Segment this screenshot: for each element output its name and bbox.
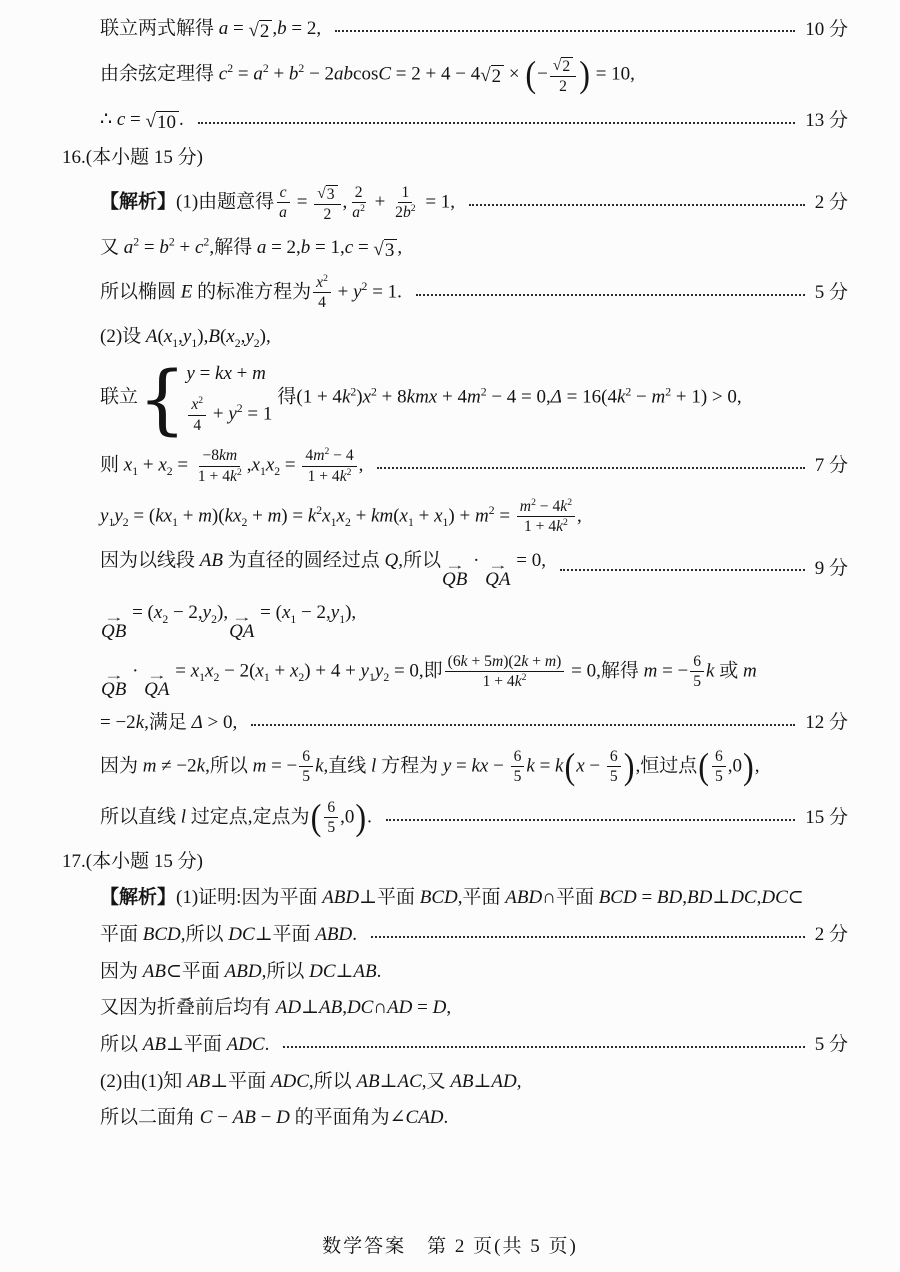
text-run: 又 [100,237,124,258]
denominator: 5 [299,767,313,786]
math-variable: D [276,1107,290,1128]
numerator: 2 [352,183,366,203]
text-run: − [585,755,605,776]
math-variable: ab [334,63,353,84]
text-run: = 0, [511,550,545,571]
math-variable: m [467,386,481,407]
vector-arrow-icon: → [103,671,123,680]
math-variable: k [526,755,534,776]
math-variable: BD [657,887,682,908]
text-run: ) + 4 + [304,660,360,681]
text-run: − 2, [296,602,330,623]
answer-line: 联立{y = kx + mx24 + y2 = 1得(1 + 4k2)x2 + … [0,361,900,436]
math-variable: BCD [599,887,637,908]
math-variable: A [146,326,158,347]
denominator: 5 [324,818,338,837]
numerator: (6k + 5m)(2k + m) [445,652,565,672]
vector-name: QA [144,680,169,699]
numerator: 6 [690,652,704,672]
fraction: (6k + 5m)(2k + m)1 + 4k2 [445,652,565,692]
score-label: 13 分 [805,108,848,134]
left-paren: ( [311,802,322,834]
numerator: x2 [188,395,206,415]
math-variable: AD [276,997,301,1018]
math-variable: E [181,281,193,302]
answer-line: 所以 AB⊥平面 ADC.5 分 [0,1032,900,1058]
math-variable: y [114,505,122,526]
radicand: 3 [326,185,338,204]
line-content: 又因为折叠前后均有 AD⊥AB,DC∩AD = D, [100,995,451,1021]
text-run: 2 [355,184,363,201]
text-run: 的平面角为∠ [290,1107,406,1128]
text-run: = − [657,660,688,681]
math-variable: k [136,712,144,733]
math-variable: k [556,518,563,535]
text-run: 1 + 4 [198,468,230,485]
dots-leader [386,819,795,821]
radicand: 2 [561,57,573,76]
text-run: ,所以 [262,961,310,982]
numerator: √3 [314,182,340,205]
numerator: x2 [313,273,331,293]
text-run: 所以直线 [100,806,181,827]
answer-line: 平面 BCD,所以 DC⊥平面 ABD.2 分 [0,922,900,948]
math-variable: m [268,505,282,526]
text-run: 所以 [100,1034,143,1055]
math-variable: kx [215,363,232,384]
fraction: √32 [314,182,340,224]
numerator: 1 [398,183,412,203]
square-root: √10 [146,111,179,134]
text-run: + [247,505,267,526]
superscript: 2 [563,517,568,528]
text-run: = 16(4 [562,386,617,407]
answer-line: 联立两式解得 a = √2,b = 2,10 分 [0,16,900,43]
text-run: 5 [327,819,335,836]
numerator: m2 − 4k2 [517,497,575,517]
text-run: 2 [260,21,270,42]
denominator: a [276,203,290,222]
text-run: ∴ [100,109,117,130]
text-run: + [414,505,434,526]
text-run: ⊥ [301,997,319,1018]
text-run: 5 [514,768,522,785]
math-variable: c [345,237,353,258]
text-run: ,所以 [181,924,229,945]
math-variable: DC [761,887,787,908]
text-run: ∩ [373,997,387,1018]
denominator: 4 [190,416,204,435]
math-variable: CAD [406,1107,444,1128]
answer-line: ∴ c = √10.13 分 [0,107,900,134]
line-content: 因为以线段 AB 为直径的圆经过点 Q,所以→QB · →QA = 0, [100,548,546,589]
text-run: , [446,997,451,1018]
score-label: 10 分 [805,17,848,43]
vector-arrow-icon: → [147,671,167,680]
answer-line: (2)设 A(x1,y1),B(x2,y2), [0,324,900,350]
text-run: ⊂平面 [166,961,225,982]
math-variable: y [186,363,194,384]
text-run: )( [212,505,225,526]
text-run: ⊥平面 [210,1071,271,1092]
math-variable: y [361,660,369,681]
text-run: 联立两式解得 [100,18,219,39]
math-variable: BCD [143,924,181,945]
square-root: √3 [317,185,337,204]
text-run: 5 [715,768,723,785]
text-run: = 10, [591,63,635,84]
text-run: + [178,505,198,526]
math-variable: AB [143,1034,166,1055]
text-run: = 1. [367,281,401,302]
math-variable: m [198,505,212,526]
text-run: ⊥ [712,887,730,908]
math-variable: C [200,1107,213,1128]
text-run: + [528,653,545,670]
answer-line: 则 x1 + x2 = −8km1 + 4k2,x1x2 = 4m2 − 41 … [0,446,900,486]
line-content: 联立两式解得 a = √2,b = 2, [100,16,321,43]
text-run: · [127,660,143,681]
text-run: ⊥平面 [255,924,316,945]
math-variable: Δ [551,386,562,407]
score-label: 5 分 [815,1032,848,1058]
math-variable: ABD [322,887,359,908]
math-variable: AB [450,1071,473,1092]
text-run: + [370,191,390,212]
dots-leader [251,724,795,726]
answer-line: 所以椭圆 E 的标准方程为x24 + y2 = 1.5 分 [0,273,900,313]
bold-label: 【解析】 [100,191,176,212]
text-run: 6 [693,653,701,670]
numerator: c [277,183,290,203]
math-variable: m [313,447,324,464]
math-variable: AB [319,997,342,1018]
score-label: 5 分 [815,280,848,306]
text-run: (2)设 [100,326,146,347]
fraction: 65 [607,747,621,787]
line-content: ∴ c = √10. [100,107,184,134]
denominator: 1 + 4k2 [521,517,571,536]
score-label: 7 分 [815,453,848,479]
math-variable: x [158,454,166,475]
line-content: 16.(本小题 15 分) [62,145,203,171]
vector: →QB [101,671,126,699]
math-variable: y [331,602,339,623]
text-run: = [451,755,471,776]
fraction: ca [276,183,290,223]
system-rows: y = kx + mx24 + y2 = 1 [186,361,272,436]
superscript: 2 [411,203,416,214]
text-run: = 1, [421,191,455,212]
math-variable: b [301,237,311,258]
fraction: √22 [550,54,576,96]
text-run: + [269,63,289,84]
line-content: (2)设 A(x1,y1),B(x2,y2), [100,324,271,350]
math-variable: B [208,326,220,347]
dots-leader [416,294,805,296]
text-run: = [195,363,215,384]
text-run: ,直线 [324,755,372,776]
text-run: 4 [193,417,201,434]
square-root: √2 [553,57,573,76]
text-run: − 2( [219,660,255,681]
text-run: . [179,109,184,130]
denominator: 1 + 4k2 [480,672,530,691]
line-content: 因为 AB⊂平面 ABD,所以 DC⊥AB. [100,959,381,985]
fraction: 12b2 [392,183,418,223]
math-variable: AB [353,961,376,982]
math-variable: BD [687,887,712,908]
math-variable: k [197,755,205,776]
math-variable: a [257,237,267,258]
math-variable: c [219,63,227,84]
text-run: 5 [302,768,310,785]
math-variable: y [443,755,451,776]
text-run: · [468,550,484,571]
answer-line: 【解析】(1)由题意得ca = √32,2a2 + 12b2 = 1,2 分 [0,182,900,224]
text-run: 又因为折叠前后均有 [100,997,276,1018]
text-run: ,所以 [205,755,253,776]
math-variable: m [652,386,666,407]
math-variable: m [743,660,757,681]
text-run: ,平面 [458,887,506,908]
math-variable: y [228,403,236,424]
text-run: ⊂ [788,887,804,908]
math-variable: m [475,505,489,526]
line-content: 则 x1 + x2 = −8km1 + 4k2,x1x2 = 4m2 − 41 … [100,446,363,486]
superscript: 2 [522,672,527,683]
text-run: 过定点,定点为 [186,806,310,827]
text-run: 的标准方程为 [192,281,311,302]
math-variable: x [576,755,584,776]
fraction: 65 [324,798,338,838]
text-run: , [397,237,402,258]
text-run: = 1 [243,403,273,424]
text-run: − [256,1107,276,1128]
math-variable: x [124,454,132,475]
text-run: 1 + 4 [483,673,515,690]
math-variable: k [515,673,522,690]
text-run: − 4 [329,447,353,464]
vector-arrow-icon: → [103,613,123,622]
text-run: 10 [157,112,176,133]
answer-line: 因为 m ≠ −2k,所以 m = −65k,直线 l 方程为 y = kx −… [0,747,900,787]
text-run: + 8 [377,386,407,407]
text-run: + [270,660,290,681]
text-run: , [517,1071,522,1092]
denominator: 1 + 4k2 [305,467,355,486]
math-variable: Q [385,550,399,571]
document-body: 联立两式解得 a = √2,b = 2,10 分由余弦定理得 c2 = a2 +… [0,16,900,1131]
math-variable: x [337,505,345,526]
left-paren: ( [698,751,709,783]
math-variable: m [644,660,658,681]
math-variable: k [461,653,468,670]
text-run: − 2 [304,63,334,84]
text-run: + 1) > 0, [671,386,742,407]
denominator: 1 + 4k2 [195,467,245,486]
numerator: 6 [324,798,338,818]
line-content: →QB = (x2 − 2,y2),→QA = (x1 − 2,y1), [100,600,356,641]
text-run: 2 [559,78,567,95]
text-run: − [212,1107,232,1128]
fraction: 65 [299,747,313,787]
text-run: = [125,109,145,130]
fraction: 65 [511,747,525,787]
math-variable: m [545,653,556,670]
numerator: 6 [511,747,525,767]
text-run: ,0 [728,755,742,776]
denominator: 5 [511,767,525,786]
text-run: ), [217,602,228,623]
text-run: 1 [401,184,409,201]
text-run: 6 [514,748,522,765]
line-content: 17.(本小题 15 分) [62,849,203,875]
superscript: 2 [347,466,352,477]
text-run: 6 [715,748,723,765]
text-run: 6 [610,748,618,765]
text-run: . [444,1107,449,1128]
line-content: →QB · →QA = x1x2 − 2(x1 + x2) + 4 + y1y2… [100,652,757,699]
math-variable: Δ [192,712,203,733]
score-label: 2 分 [815,922,848,948]
math-variable: m [143,755,157,776]
vector-arrow-icon: → [488,561,508,570]
vector: →QA [485,561,510,589]
square-root: √2 [480,65,504,88]
math-variable: AD [491,1071,516,1092]
text-run: 3 [385,240,395,261]
line-content: 由余弦定理得 c2 = a2 + b2 − 2abcosC = 2 + 4 − … [100,54,635,96]
text-run: 联立 [100,386,138,407]
text-run: (2)由(1)知 [100,1071,187,1092]
math-variable: D [433,997,447,1018]
text-run: > 0, [203,712,237,733]
math-variable: y [203,602,211,623]
math-variable: ADC [271,1071,309,1092]
text-run: = [170,660,190,681]
dots-leader [335,30,795,32]
math-variable: m [252,363,266,384]
superscript: 2 [323,273,328,284]
math-variable: AB [200,550,223,571]
text-run: ≠ −2 [157,755,197,776]
math-variable: b [277,18,287,39]
text-run: = 0,解得 [566,660,643,681]
math-variable: c [280,184,287,201]
text-run: 因为 [100,961,143,982]
math-variable: x [363,386,371,407]
line-content: 所以直线 l 过定点,定点为(65,0). [100,798,372,838]
text-run: = 2 + 4 − 4 [391,63,480,84]
right-paren: ) [743,751,754,783]
line-content: 平面 BCD,所以 DC⊥平面 ABD. [100,922,357,948]
line-content: 所以二面角 C − AB − D 的平面角为∠CAD. [100,1105,448,1131]
text-run: 16.(本小题 15 分) [62,147,203,168]
text-run: − 4 [536,498,560,515]
text-run: ∩平面 [542,887,598,908]
right-paren: ) [579,59,590,91]
text-run: ) + [448,505,475,526]
vector-name: QB [101,622,126,641]
text-run: ,恒过点 [635,755,697,776]
text-run: = [139,237,159,258]
text-run: = [535,755,555,776]
text-run: , [359,454,364,475]
radical-sign-icon: √ [248,20,258,42]
answer-line: y1y2 = (kx1 + m)(kx2 + m) = k2x1x2 + km(… [0,497,900,537]
numerator: −8km [199,446,240,466]
math-variable: AD [387,997,412,1018]
text-run: = 2, [287,18,321,39]
text-run: ⊥ [380,1071,398,1092]
text-run: ,所以 [309,1071,357,1092]
text-run: − [537,63,548,84]
right-paren: ) [624,751,635,783]
line-content: (2)由(1)知 AB⊥平面 ADC,所以 AB⊥AC,又 AB⊥AD, [100,1069,521,1095]
vector: →QB [101,613,126,641]
text-run: , [577,505,582,526]
text-run: + [333,281,353,302]
dots-leader [560,569,805,571]
radicand: 10 [156,111,179,134]
radical-sign-icon: √ [553,57,562,75]
answer-line: 因为 AB⊂平面 ABD,所以 DC⊥AB. [0,959,900,985]
vector-arrow-icon: → [232,613,252,622]
equation-system: {y = kx + mx24 + y2 = 1 [138,361,272,436]
denominator: 2b2 [392,203,418,222]
brace-icon: { [138,367,186,432]
math-variable: DC [730,887,756,908]
math-variable: kx [225,505,242,526]
score-label: 2 分 [815,190,848,216]
text-run: 2 [562,58,570,75]
dots-leader [371,936,805,938]
text-run: ⊥ [474,1071,492,1092]
answer-line: 所以二面角 C − AB − D 的平面角为∠CAD. [0,1105,900,1131]
radicand: 3 [384,239,398,262]
text-run: 则 [100,454,124,475]
superscript: 2 [237,466,242,477]
denominator: 2 [556,77,570,96]
fraction: x24 [188,395,206,435]
text-run: = [292,191,312,212]
text-run: . [265,1034,270,1055]
math-variable: kmx [407,386,438,407]
text-run: = [228,18,248,39]
fraction: −8km1 + 4k2 [195,446,245,486]
math-variable: ABD [505,887,542,908]
text-run: × [504,63,524,84]
math-variable: km [371,505,393,526]
radical-sign-icon: √ [373,239,383,261]
superscript: 2 [360,203,365,214]
fraction: 4m2 − 41 + 4k2 [302,446,356,486]
text-run: = [495,505,515,526]
text-run: ,所以 [398,550,441,571]
text-run: + [232,363,252,384]
system-row: y = kx + m [186,361,272,387]
text-run: 得(1 + 4 [277,386,342,407]
math-variable: y [245,326,253,347]
vector-name: QB [442,570,467,589]
text-run: = 2, [266,237,300,258]
text-run: = [353,237,373,258]
answer-line: 又因为折叠前后均有 AD⊥AB,DC∩AD = D, [0,995,900,1021]
math-variable: x [434,505,442,526]
denominator: 5 [607,767,621,786]
math-variable: C [378,63,391,84]
